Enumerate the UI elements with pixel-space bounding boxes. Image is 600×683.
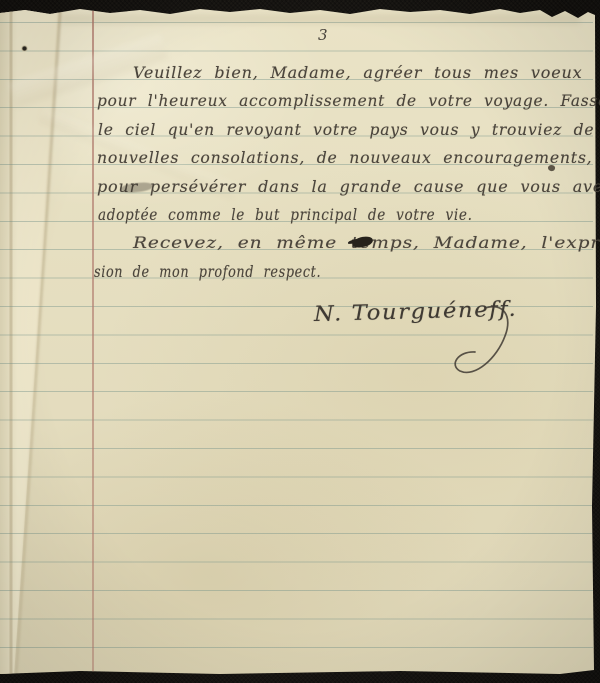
margin-line bbox=[92, 6, 94, 676]
letter-line: pour persévérer dans la grande cause que… bbox=[97, 177, 600, 196]
letter-line: le ciel qu'en revoyant votre pays vous y… bbox=[98, 120, 594, 139]
letter-line: pour l'heureux accomplissement de votre … bbox=[97, 91, 600, 110]
letter-line: adoptée comme le but principal de votre … bbox=[98, 205, 473, 224]
letter-line: nouvelles consolations, de nouveaux enco… bbox=[97, 148, 592, 167]
signature-flourish-icon bbox=[445, 302, 560, 387]
letter-line: Veuillez bien, Madame, agréer tous mes v… bbox=[133, 63, 582, 82]
page-number: 3 bbox=[318, 26, 328, 44]
pinhole bbox=[21, 45, 28, 52]
letter-scan: 3 Veuillez bien, Madame, agréer tous mes… bbox=[0, 0, 600, 683]
letter-line: sion de mon profond respect. bbox=[94, 262, 321, 281]
